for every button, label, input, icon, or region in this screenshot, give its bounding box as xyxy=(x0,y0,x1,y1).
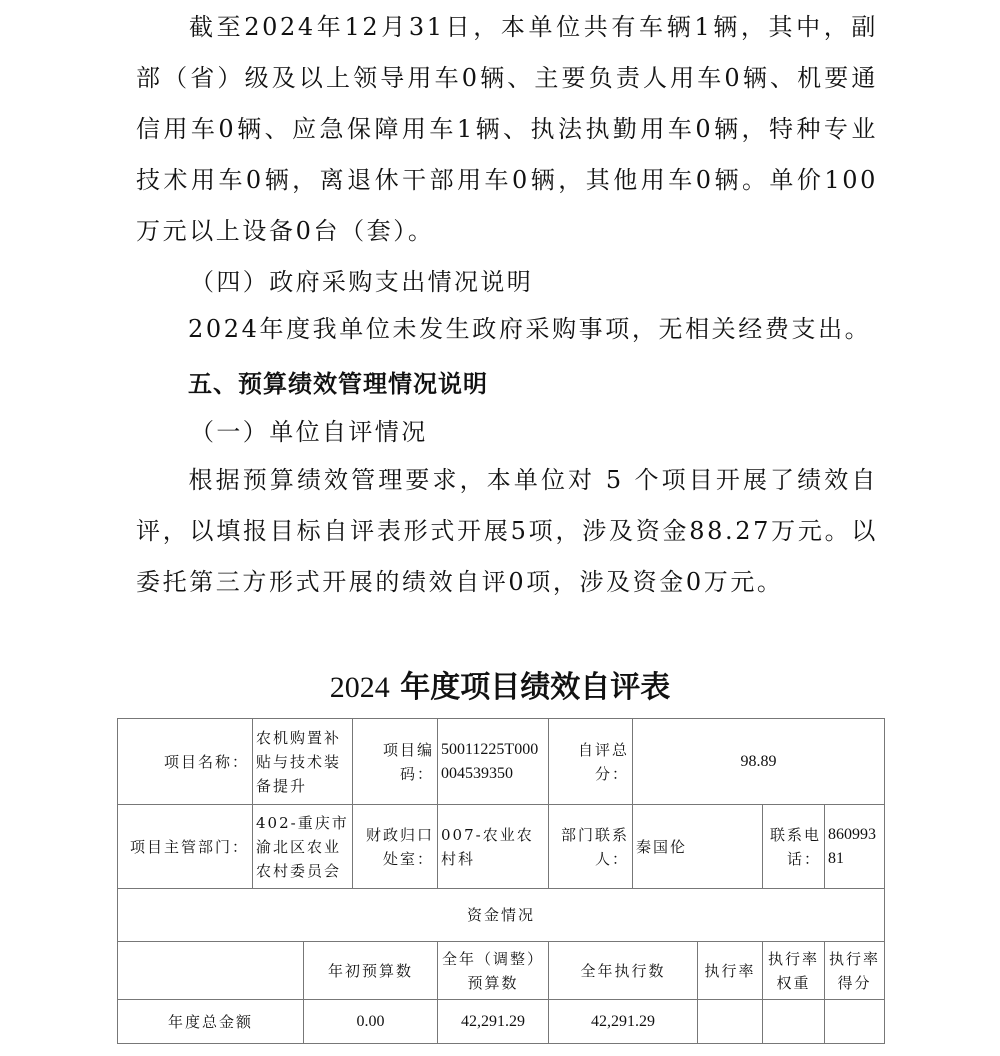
funds-rate xyxy=(698,1000,763,1044)
table-row: 资金情况 xyxy=(118,889,885,942)
table-title-text: 年度项目绩效自评表 xyxy=(400,670,670,705)
score-label: 自评总分： xyxy=(549,719,633,805)
funds-executed: 42,291.29 xyxy=(549,1000,698,1044)
dept: 402-重庆市渝北区农业农村委员会 xyxy=(253,805,353,889)
funds-header-blank xyxy=(118,942,304,1000)
funds-rate-score xyxy=(825,1000,885,1044)
table-title: 2024 年度项目绩效自评表 xyxy=(0,662,1000,706)
procurement-paragraph: 2024年度我单位未发生政府采购事项，无相关经费支出。 xyxy=(136,304,878,355)
self-eval-heading: （一）单位自评情况 xyxy=(190,412,428,447)
table-title-year: 2024 xyxy=(330,671,390,704)
funds-header-weight: 执行率权重 xyxy=(763,942,825,1000)
funds-header-adjusted: 全年（调整）预算数 xyxy=(438,942,549,1000)
funds-weight xyxy=(763,1000,825,1044)
funds-adjusted-budget: 42,291.29 xyxy=(438,1000,549,1044)
phone: 86099381 xyxy=(825,805,885,889)
project-code: 50011225T000004539350 xyxy=(438,719,549,805)
finance-office: 007-农业农村科 xyxy=(438,805,549,889)
section-heading: 五、预算绩效管理情况说明 xyxy=(188,364,488,399)
table-row: 项目主管部门： 402-重庆市渝北区农业农村委员会 财政归口处室： 007-农业… xyxy=(118,805,885,889)
procurement-paragraph-text: 2024年度我单位未发生政府采购事项，无相关经费支出。 xyxy=(188,315,871,343)
self-eval-paragraph-text: 根据预算绩效管理要求，本单位对 5 个项目开展了绩效自评，以填报目标自评表形式开… xyxy=(136,466,878,596)
contact: 秦国伦 xyxy=(633,805,763,889)
self-eval-score: 98.89 xyxy=(633,719,885,805)
funds-header-rate: 执行率 xyxy=(698,942,763,1000)
procurement-heading: （四）政府采购支出情况说明 xyxy=(190,262,533,297)
vehicle-paragraph-text: 截至2024年12月31日，本单位共有车辆1辆，其中，副部（省）级及以上领导用车… xyxy=(136,13,878,245)
finance-office-label: 财政归口处室： xyxy=(353,805,438,889)
project-name: 农机购置补贴与技术装备提升 xyxy=(253,719,353,805)
funds-section-heading: 资金情况 xyxy=(118,889,885,942)
funds-header-rate-score: 执行率得分 xyxy=(825,942,885,1000)
funds-header-executed: 全年执行数 xyxy=(549,942,698,1000)
funds-header-initial: 年初预算数 xyxy=(304,942,438,1000)
table-row: 年度总金额 0.00 42,291.29 42,291.29 xyxy=(118,1000,885,1044)
dept-label: 项目主管部门： xyxy=(118,805,253,889)
phone-label: 联系电话： xyxy=(763,805,825,889)
funds-row-label: 年度总金额 xyxy=(118,1000,304,1044)
project-name-label: 项目名称： xyxy=(118,719,253,805)
funds-initial-budget: 0.00 xyxy=(304,1000,438,1044)
performance-eval-table: 项目名称： 农机购置补贴与技术装备提升 项目编码： 50011225T00000… xyxy=(117,718,885,1044)
vehicle-paragraph: 截至2024年12月31日，本单位共有车辆1辆，其中，副部（省）级及以上领导用车… xyxy=(136,2,878,257)
contact-label: 部门联系人： xyxy=(549,805,633,889)
table-row: 项目名称： 农机购置补贴与技术装备提升 项目编码： 50011225T00000… xyxy=(118,719,885,805)
project-code-label: 项目编码： xyxy=(353,719,438,805)
funds-header-row: 年初预算数 全年（调整）预算数 全年执行数 执行率 执行率权重 执行率得分 xyxy=(118,942,885,1000)
self-eval-paragraph: 根据预算绩效管理要求，本单位对 5 个项目开展了绩效自评，以填报目标自评表形式开… xyxy=(136,455,878,608)
